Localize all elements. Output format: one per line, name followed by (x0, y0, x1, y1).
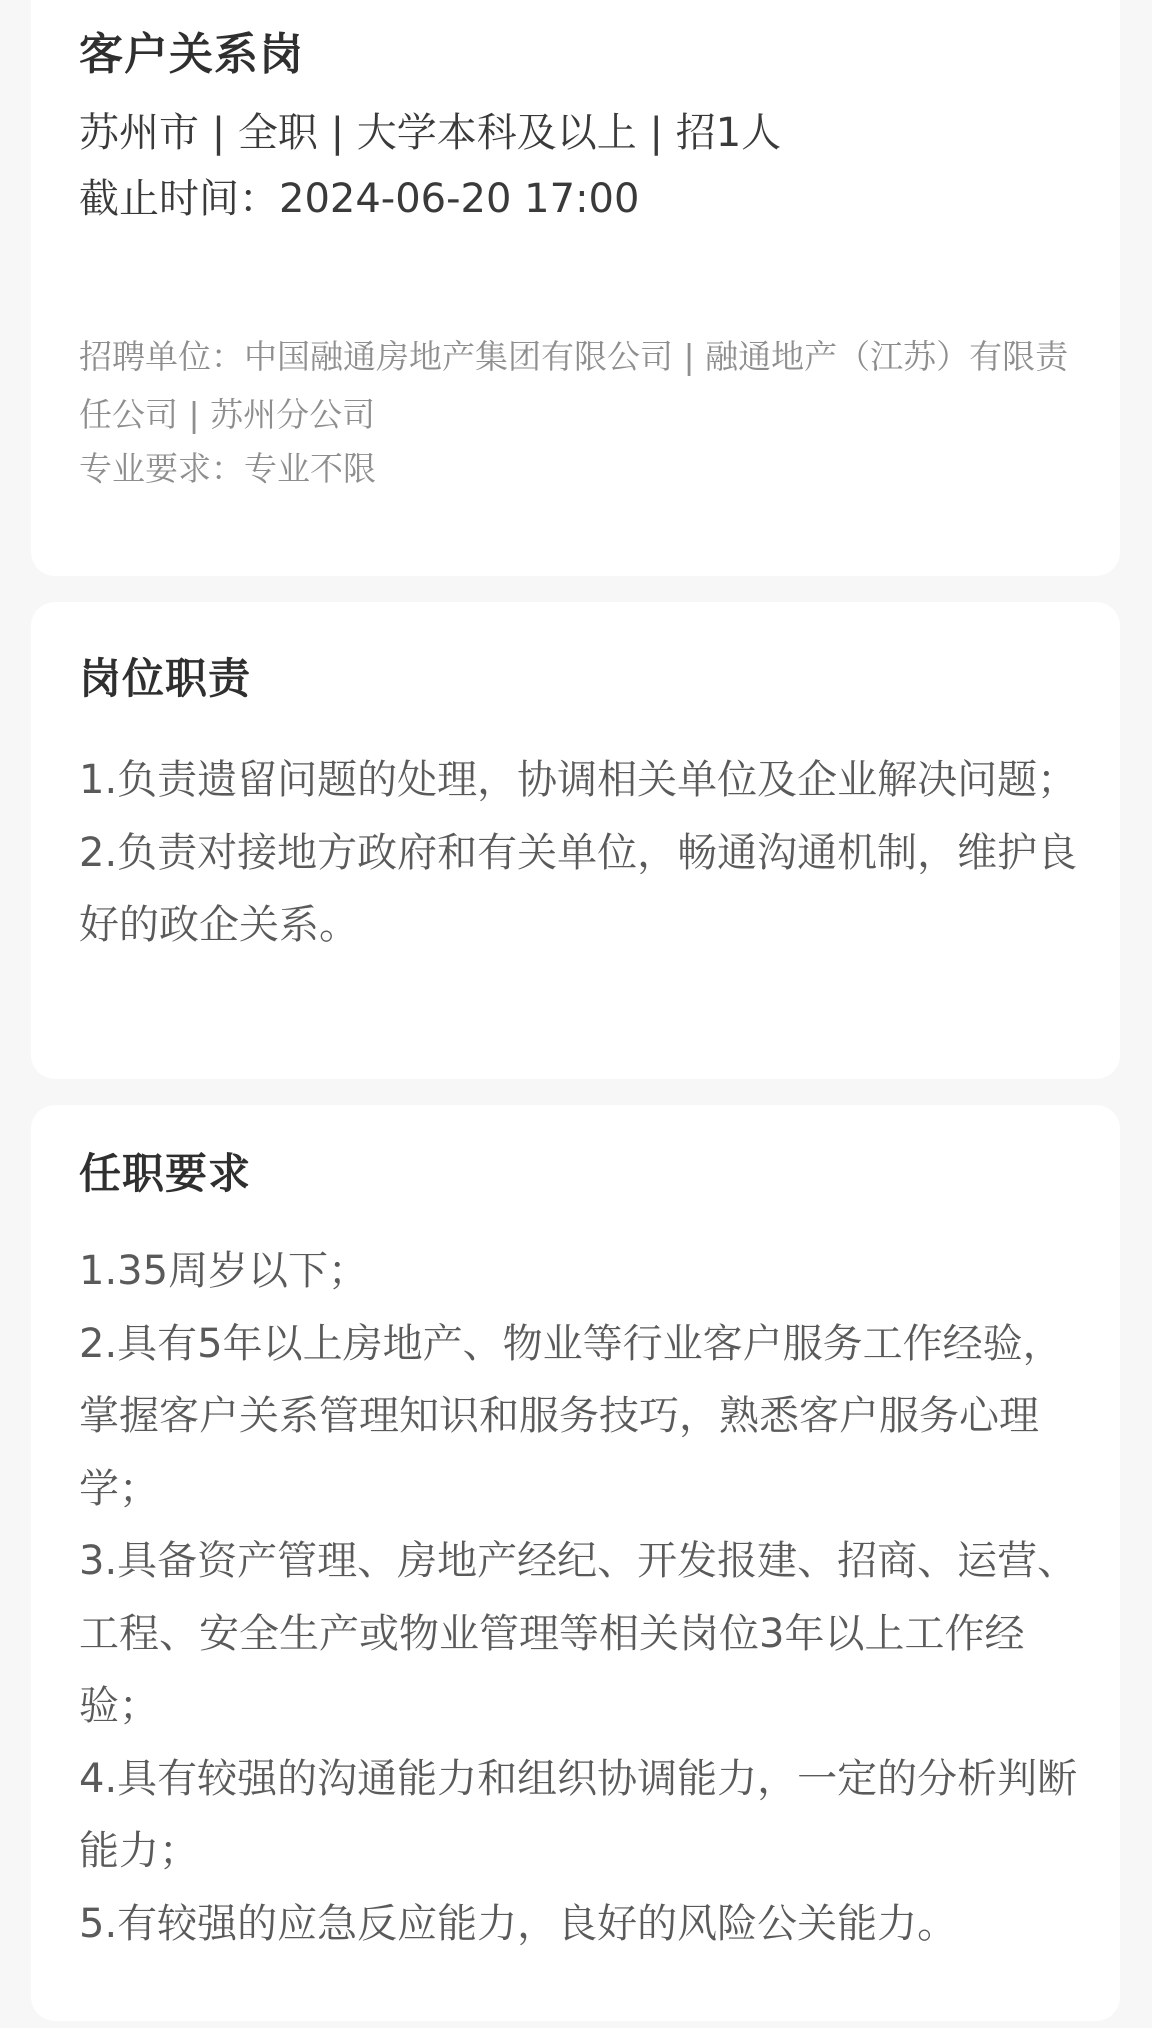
duty-item: 1.负责遗留问题的处理，协调相关单位及企业解决问题； (79, 744, 1089, 817)
requirement-item: 1.35周岁以下； (79, 1235, 1089, 1308)
job-employer: 招聘单位：中国融通房地产集团有限公司 | 融通地产（江苏）有限责任公司 | 苏州… (79, 328, 1089, 444)
job-summary: 苏州市 | 全职 | 大学本科及以上 | 招1人 截止时间：2024-06-20… (79, 100, 781, 232)
job-major-requirement: 专业要求：专业不限 (79, 440, 1089, 498)
requirement-item: 4.具有较强的沟通能力和组织协调能力，一定的分析判断能力； (79, 1743, 1089, 1888)
requirement-item: 3.具备资产管理、房地产经纪、开发报建、招商、运营、工程、安全生产或物业管理等相… (79, 1525, 1089, 1743)
job-detail-page: 客户关系岗 苏州市 | 全职 | 大学本科及以上 | 招1人 截止时间：2024… (0, 0, 1152, 2028)
requirements-title: 任职要求 (79, 1146, 251, 1202)
duties-list: 1.负责遗留问题的处理，协调相关单位及企业解决问题； 2.负责对接地方政府和有关… (79, 744, 1089, 962)
job-title: 客户关系岗 (79, 27, 304, 83)
requirement-item: 5.有较强的应急反应能力，良好的风险公关能力。 (79, 1888, 1089, 1961)
job-summary-line: 苏州市 | 全职 | 大学本科及以上 | 招1人 (79, 100, 781, 166)
requirements-list: 1.35周岁以下； 2.具有5年以上房地产、物业等行业客户服务工作经验，掌握客户… (79, 1235, 1089, 1960)
job-deadline: 截止时间：2024-06-20 17:00 (79, 166, 781, 232)
duty-item: 2.负责对接地方政府和有关单位，畅通沟通机制，维护良好的政企关系。 (79, 817, 1089, 962)
requirements-card: 任职要求 1.35周岁以下； 2.具有5年以上房地产、物业等行业客户服务工作经验… (31, 1105, 1120, 2021)
requirement-item: 2.具有5年以上房地产、物业等行业客户服务工作经验，掌握客户关系管理知识和服务技… (79, 1308, 1089, 1526)
duties-title: 岗位职责 (79, 651, 251, 707)
duties-card: 岗位职责 1.负责遗留问题的处理，协调相关单位及企业解决问题； 2.负责对接地方… (31, 602, 1120, 1079)
job-info-card: 客户关系岗 苏州市 | 全职 | 大学本科及以上 | 招1人 截止时间：2024… (31, 0, 1120, 576)
